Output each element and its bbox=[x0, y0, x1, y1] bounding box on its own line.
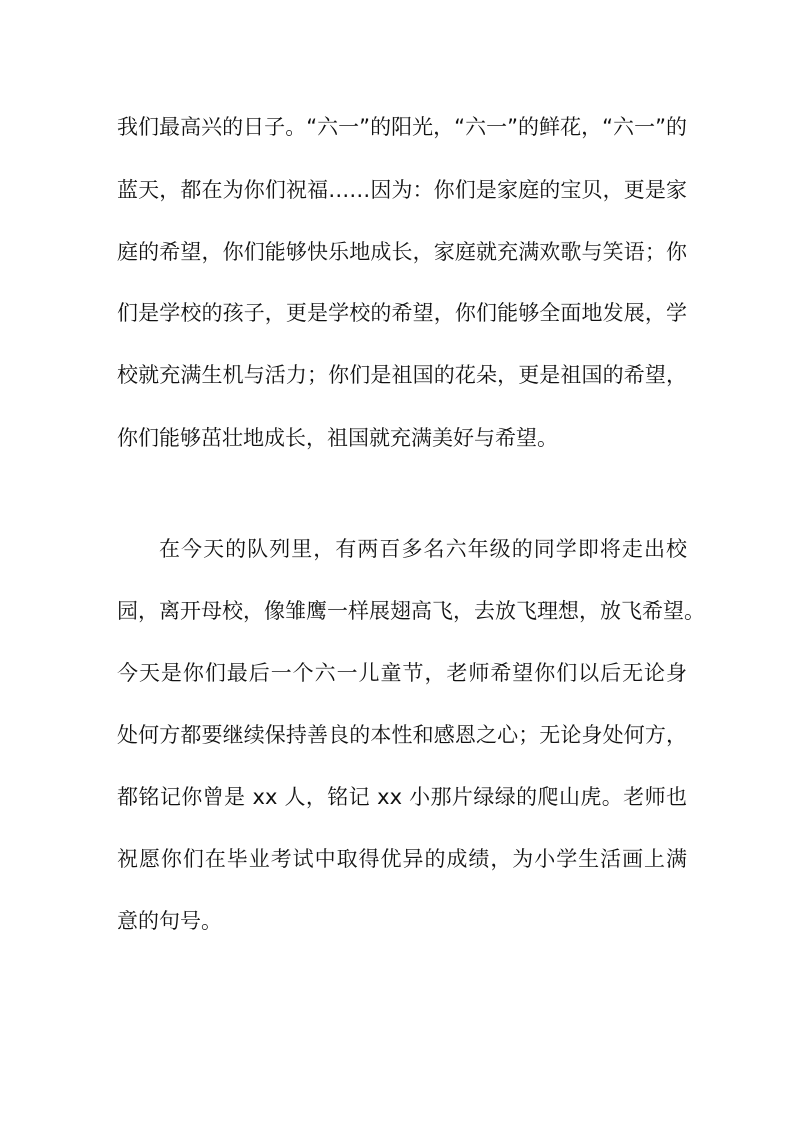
text-line: 处何方都要继续保持善良的本性和感恩之心；无论身处何方， bbox=[117, 720, 687, 750]
text-line: 都铭记你曾是 xx 人，铭记 xx 小那片绿绿的爬山虎。老师也 bbox=[117, 782, 687, 812]
text-line: 庭的希望，你们能够快乐地成长，家庭就充满欢歌与笑语；你 bbox=[117, 237, 687, 267]
text-line: 意的句号。 bbox=[117, 906, 687, 936]
text-line: 祝愿你们在毕业考试中取得优异的成绩，为小学生活画上满 bbox=[117, 844, 687, 874]
text-line: 今天是你们最后一个六一儿童节，老师希望你们以后无论身 bbox=[117, 658, 687, 688]
text-line: 校就充满生机与活力；你们是祖国的花朵，更是祖国的希望， bbox=[117, 360, 687, 390]
text-line: 园，离开母校，像雏鹰一样展翅高飞，去放飞理想，放飞希望。 bbox=[117, 596, 687, 626]
text-line: 在今天的队列里，有两百多名六年级的同学即将走出校 bbox=[159, 534, 687, 564]
text-line: 们是学校的孩子，更是学校的希望，你们能够全面地发展，学 bbox=[117, 298, 687, 328]
text-line: 你们能够茁壮地成长，祖国就充满美好与希望。 bbox=[117, 423, 687, 453]
text-line: 蓝天，都在为你们祝福……因为：你们是家庭的宝贝，更是家 bbox=[117, 175, 687, 205]
text-line: 我们最高兴的日子。“六一”的阳光，“六一”的鲜花，“六一”的 bbox=[117, 112, 687, 142]
document-page: 我们最高兴的日子。“六一”的阳光，“六一”的鲜花，“六一”的 蓝天，都在为你们祝… bbox=[0, 0, 793, 1122]
